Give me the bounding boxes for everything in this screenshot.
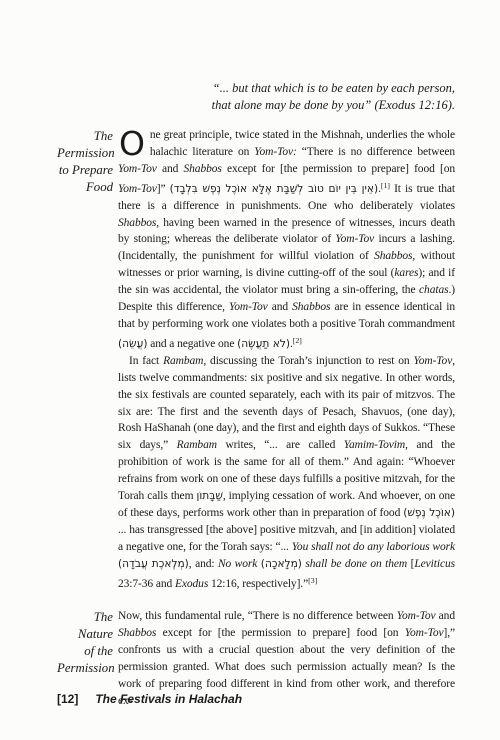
book-page: “... but that which is to be eaten by ea… bbox=[0, 0, 500, 740]
paragraph-in-fact-rambam: In fact Rambam, discussing the Torah’s i… bbox=[118, 353, 455, 593]
drop-cap-letter: O bbox=[118, 127, 150, 158]
page-content: The Permission to Prepare Food One great… bbox=[57, 127, 455, 710]
paragraph-text: ne great principle, twice stated in the … bbox=[118, 129, 455, 350]
margin-heading-permission-to-prepare-food: The Permission to Prepare Food bbox=[57, 127, 113, 592]
margin-heading-line: The bbox=[57, 128, 113, 145]
page-footer: [12]The Festivals in Halachah bbox=[57, 692, 242, 706]
margin-heading-line: Permission bbox=[57, 660, 113, 677]
margin-heading-line: Nature bbox=[57, 626, 113, 643]
section-permission-to-prepare-food: The Permission to Prepare Food One great… bbox=[57, 127, 455, 592]
margin-heading-line: Food bbox=[57, 179, 113, 196]
epigraph-quote: “... but that which is to be eaten by ea… bbox=[212, 80, 455, 114]
page-number: [12] bbox=[57, 692, 78, 706]
book-title: The Festivals in Halachah bbox=[95, 692, 242, 706]
margin-heading-line: of the bbox=[57, 643, 113, 660]
margin-heading-line: to Prepare bbox=[57, 162, 113, 179]
paragraph-one-great-principle: One great principle, twice stated in the… bbox=[118, 127, 455, 353]
body-column: One great principle, twice stated in the… bbox=[118, 127, 455, 592]
margin-heading-line: Permission bbox=[57, 145, 113, 162]
margin-heading-line: The bbox=[57, 609, 113, 626]
